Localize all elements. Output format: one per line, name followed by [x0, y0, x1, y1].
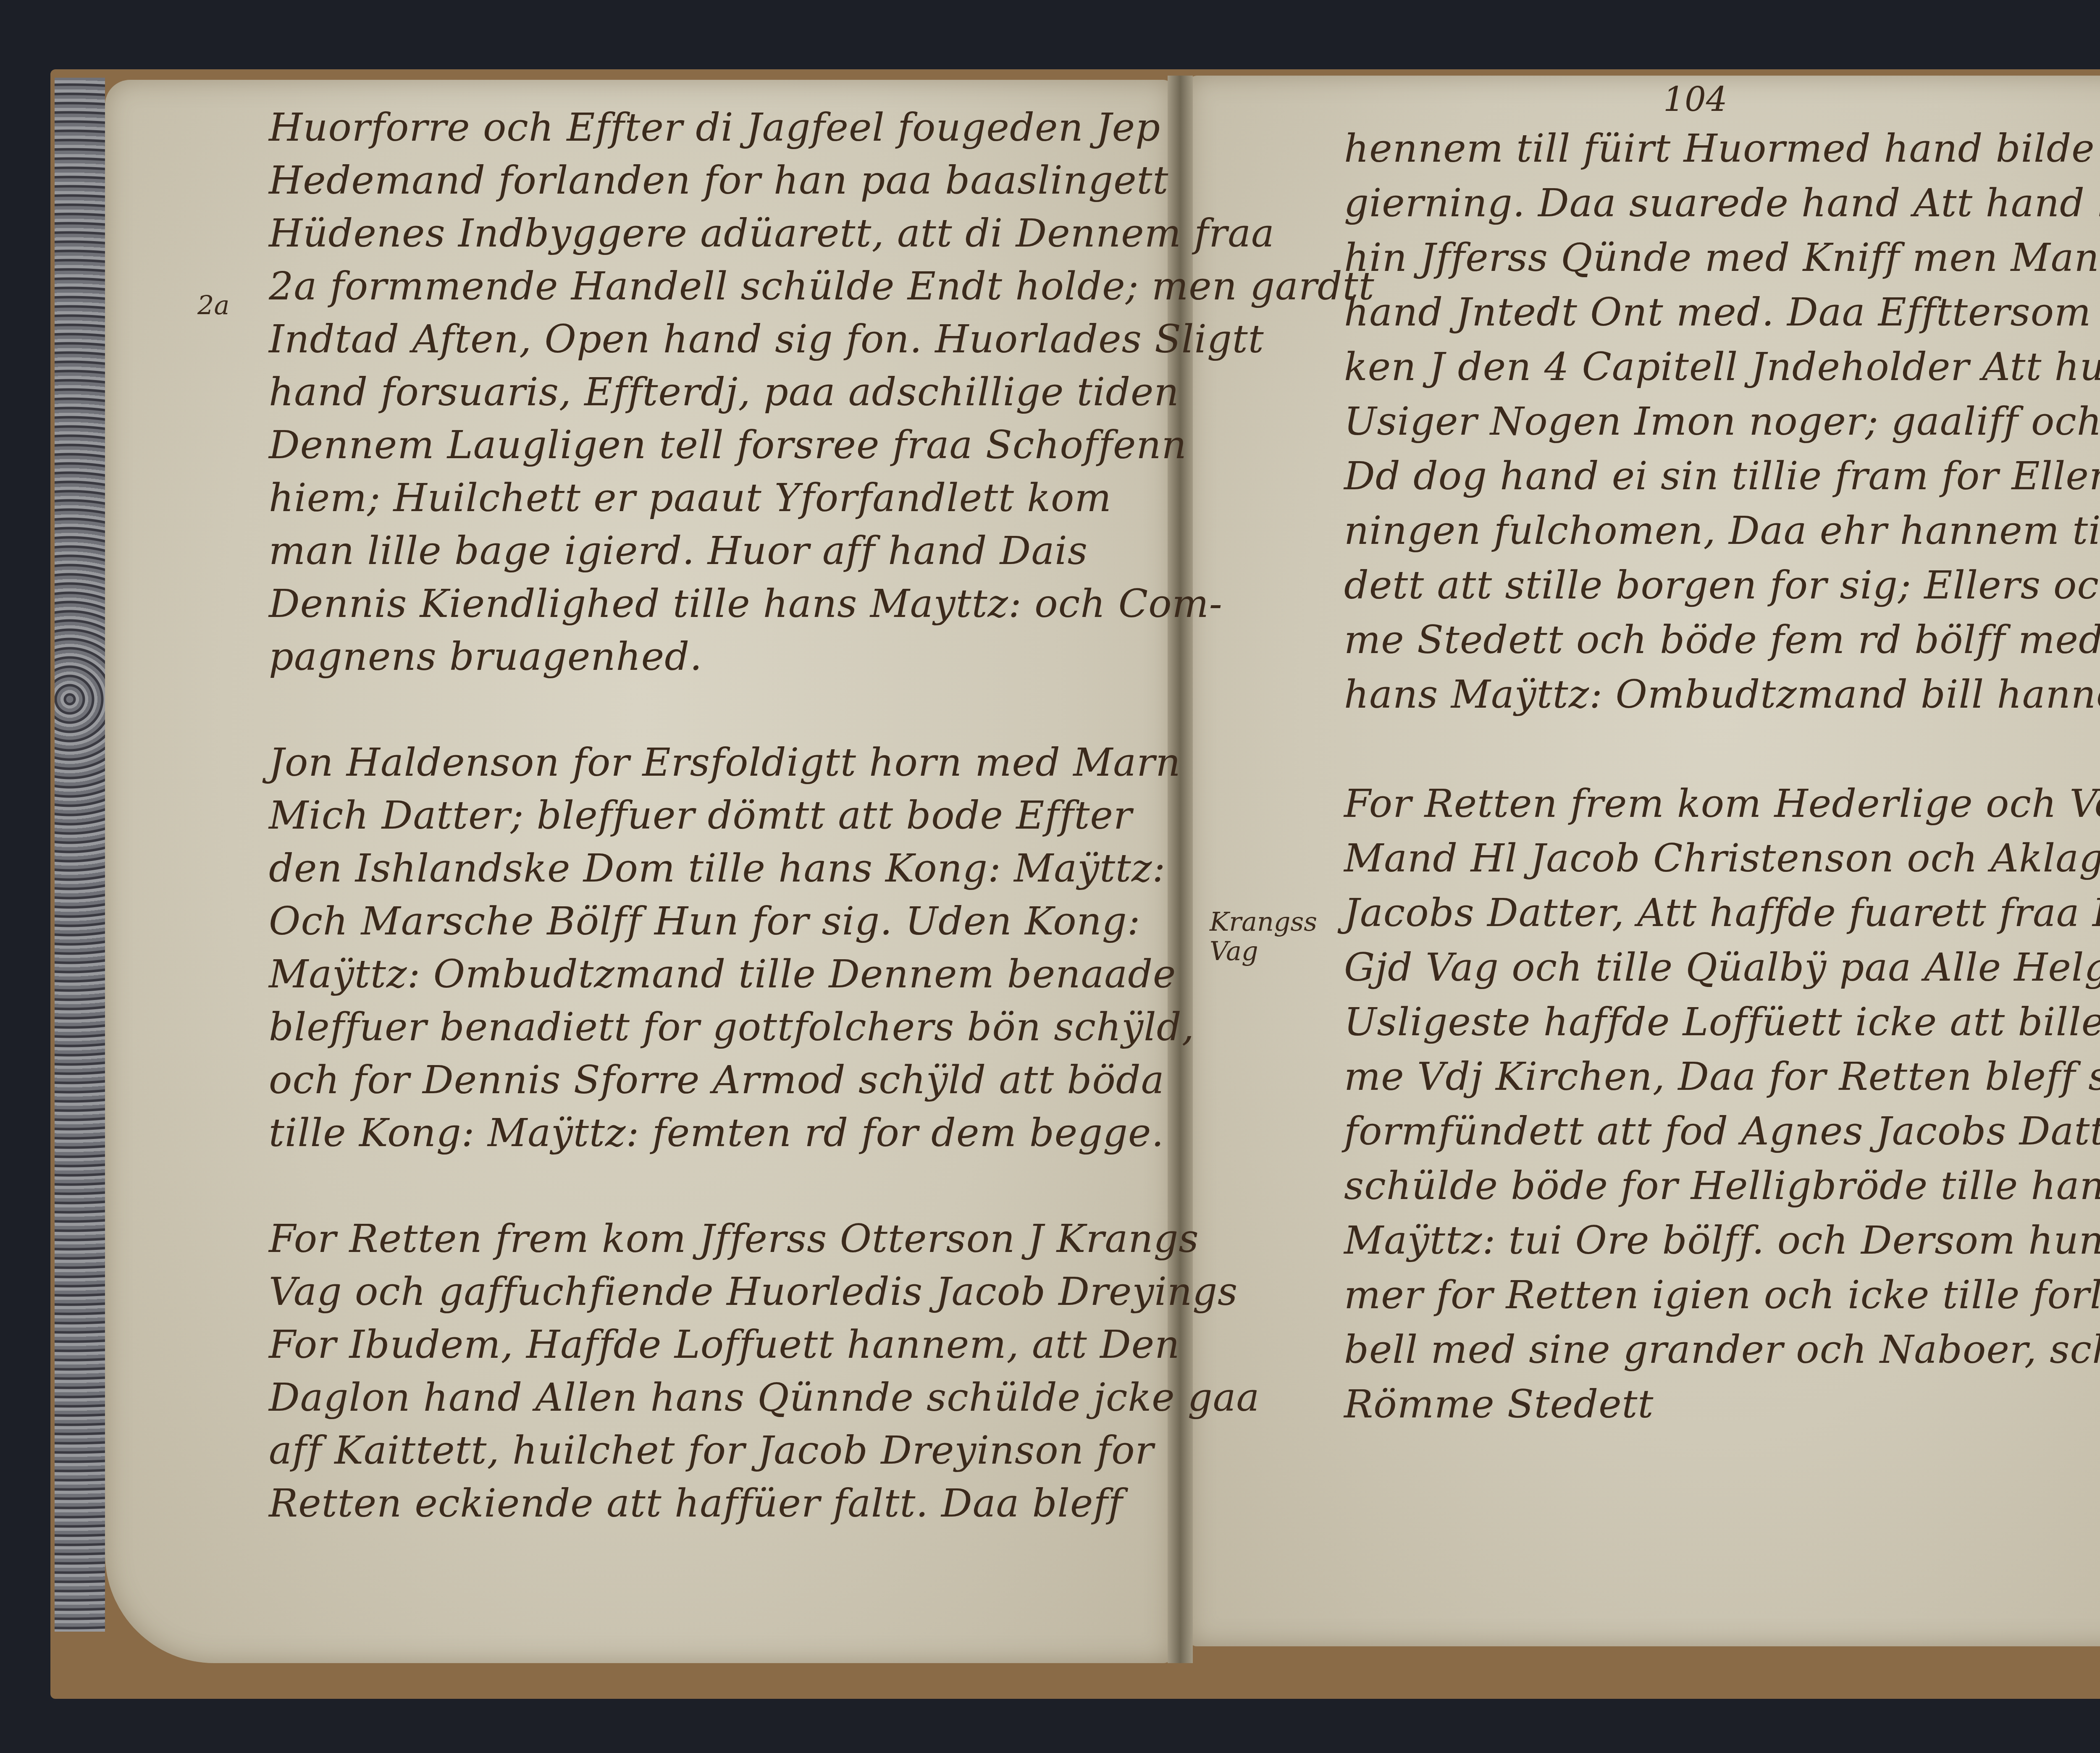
- handwritten-line: ningen fulchomen, Daa ehr hannem tillfün: [1344, 508, 2100, 553]
- handwritten-line: For Retten frem kom Jfferss Otterson J K…: [269, 1216, 1199, 1261]
- handwritten-line: bleffuer benadiett for gottfolchers bön …: [269, 1005, 1194, 1050]
- handwritten-line: hin Jfferss Qünde med Kniff men Manden h…: [1344, 235, 2100, 280]
- right-margin-note: Krangss Vag: [1210, 907, 1277, 966]
- handwritten-line: Huorforre och Effter di Jagfeel fougeden…: [269, 105, 1160, 150]
- handwritten-line: For Retten frem kom Hederlige och Vellac…: [1344, 781, 2100, 826]
- handwritten-line: Gjd Vag och tille Qüalbÿ paa Alle Helgen…: [1344, 945, 2100, 990]
- handwritten-line: Maÿttz: Ombudtzmand tille Dennem benaade: [269, 952, 1176, 997]
- handwritten-line: formfündett att fod Agnes Jacobs Datter: [1344, 1109, 2100, 1154]
- handwritten-line: Dennem Laugligen tell forsree fraa Schof…: [269, 423, 1187, 467]
- handwritten-line: hans Maÿttz: Ombudtzmand bill hannem ben…: [1344, 672, 2100, 717]
- handwritten-line: hand forsuaris, Effterdj, paa adschillig…: [269, 370, 1179, 415]
- handwritten-line: hiem; Huilchett er paaut Yforfandlett ko…: [269, 475, 1112, 520]
- handwritten-line: schülde böde for Helligbröde tille hans …: [1344, 1163, 2100, 1208]
- marbled-endpaper-left: [55, 78, 105, 1632]
- handwritten-line: Och Marsche Bölff Hun for sig. Uden Kong…: [269, 899, 1141, 944]
- handwritten-line: Usiger Nogen Imon noger; gaaliff och Lem…: [1344, 399, 2100, 444]
- handwritten-line: Römme Stedett: [1344, 1382, 1654, 1427]
- handwritten-line: pagnens bruagenhed.: [269, 634, 702, 679]
- handwritten-line: Hüdenes Indbyggere adüarett, att di Denn…: [269, 211, 1275, 256]
- handwritten-line: me Stedett och böde fem rd bölff med min…: [1344, 617, 2100, 662]
- handwritten-line: Daglon hand Allen hans Qünnde schülde jc…: [269, 1375, 1260, 1420]
- handwritten-line: gierning. Daa suarede hand Att hand bild…: [1344, 181, 2100, 226]
- handwritten-line: den Ishlandske Dom tille hans Kong: Maÿt…: [269, 846, 1166, 891]
- handwritten-line: mer for Retten igien och icke tille forl…: [1344, 1273, 2100, 1317]
- handwritten-line: Dd dog hand ei sin tillie fram for Eller…: [1344, 454, 2100, 499]
- handwritten-line: aff Kaittett, huilchet for Jacob Dreyins…: [269, 1428, 1154, 1473]
- handwritten-line: me Vdj Kirchen, Daa for Retten bleff saa: [1344, 1054, 2100, 1099]
- left-margin-note: 2a: [197, 290, 229, 320]
- handwritten-line: Mich Datter; bleffuer dömtt att bode Eff…: [269, 793, 1132, 838]
- page-number: 104: [1663, 80, 1727, 119]
- handwritten-line: 2a formmende Handell schülde Endt holde;…: [269, 264, 1375, 309]
- handwritten-line: man lille bage igierd. Huor aff hand Dai…: [269, 528, 1088, 573]
- handwritten-line: For Ibudem, Haffde Loffuett hannem, att …: [269, 1322, 1180, 1367]
- handwritten-line: Jon Haldenson for Ersfoldigtt horn med M…: [269, 740, 1181, 785]
- handwritten-line: ken J den 4 Capitell Jndeholder Att huem…: [1344, 344, 2100, 389]
- handwritten-line: Vag och gaffuchfiende Huorledis Jacob Dr…: [269, 1269, 1238, 1314]
- handwritten-line: bell med sine grander och Naboer, schall…: [1344, 1327, 2100, 1372]
- handwritten-line: hand Jntedt Ont med. Daa Effttersom Echt…: [1344, 290, 2100, 335]
- handwritten-line: och for Dennis Sforre Armod schÿld att b…: [269, 1058, 1165, 1102]
- handwritten-line: dett att stille borgen for sig; Ellers o…: [1344, 563, 2100, 608]
- handwritten-line: Maÿttz: tui Ore bölff. och Dersom hun ko…: [1344, 1218, 2100, 1263]
- book-gutter: [1168, 76, 1193, 1663]
- handwritten-line: Retten eckiende att haffüer faltt. Daa b…: [269, 1481, 1123, 1526]
- handwritten-line: Indtad Aften, Open hand sig fon. Huorlad…: [269, 317, 1264, 362]
- handwritten-line: hennem till füirt Huormed hand bilde giö…: [1344, 126, 2100, 171]
- handwritten-line: Hedemand forlanden for han paa baaslinge…: [269, 158, 1169, 203]
- handwritten-line: Jacobs Datter, Att haffde fuarett fraa L…: [1344, 890, 2100, 935]
- handwritten-line: tille Kong: Maÿttz: femten rd for dem be…: [269, 1110, 1164, 1155]
- handwritten-line: Dennis Kiendlighed tille hans Mayttz: oc…: [269, 581, 1223, 626]
- handwritten-line: Usligeste haffde Loffüett icke att bille…: [1344, 1000, 2100, 1044]
- handwritten-line: Mand Hl Jacob Christenson och Aklagede A…: [1344, 836, 2100, 881]
